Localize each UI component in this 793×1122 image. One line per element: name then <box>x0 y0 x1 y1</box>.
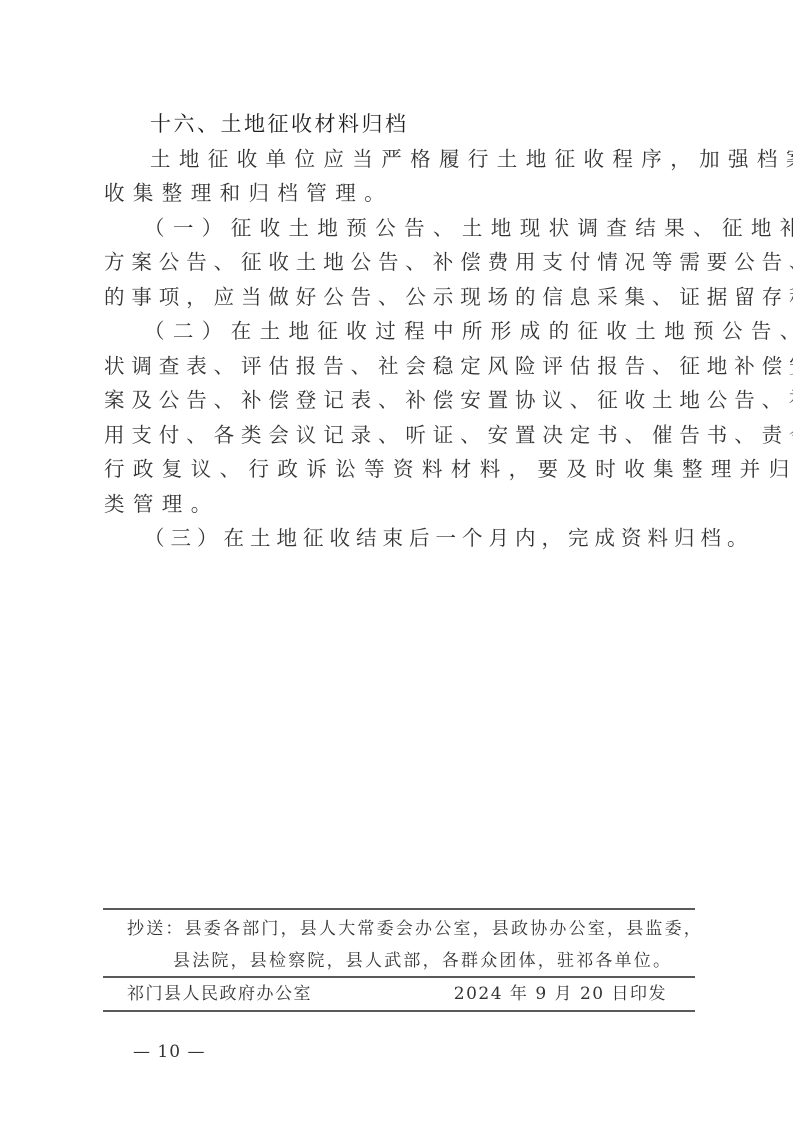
cc-list-line-1: 抄送：县委各部门，县人大常委会办公室，县政协办公室，县监委， <box>127 914 703 944</box>
item1-line-2: 方案公告、征收土地公告、补偿费用支付情况等需要公告、公示 <box>104 245 696 280</box>
footer-rule-top <box>103 908 695 910</box>
item1-line-1: （一）征收土地预公告、土地现状调查结果、征地补偿安置 <box>104 211 696 246</box>
item2-line-1: （二）在土地征收过程中所形成的征收土地预公告、土地现 <box>104 314 696 349</box>
item3-line-1: （三）在土地征收结束后一个月内，完成资料归档。 <box>104 521 696 556</box>
cc-list-line-2: 县法院，县检察院，县人武部，各群众团体，驻祁各单位。 <box>173 946 672 976</box>
page-number: — 10 — <box>133 1042 205 1062</box>
item2-line-6: 类管理。 <box>104 487 696 522</box>
issue-date: 2024 年 9 月 20 日印发 <box>454 979 667 1009</box>
item2-line-2: 状调查表、评估报告、社会稳定风险评估报告、征地补偿安置方 <box>104 349 696 384</box>
footer-rule-bottom <box>103 1010 695 1012</box>
item1-line-3: 的事项，应当做好公告、公示现场的信息采集、证据留存和归档。 <box>104 280 696 315</box>
item2-line-5: 行政复议、行政诉讼等资料材料，要及时收集整理并归档分 <box>104 452 696 487</box>
document-page: 十六、土地征收材料归档 土地征收单位应当严格履行土地征收程序，加强档案资料的 收… <box>0 0 793 1122</box>
issuing-office: 祁门县人民政府办公室 <box>127 979 312 1009</box>
intro-line-2: 收集整理和归档管理。 <box>104 176 696 211</box>
item2-line-3: 案及公告、补偿登记表、补偿安置协议、征收土地公告、补偿费 <box>104 383 696 418</box>
section-body: 十六、土地征收材料归档 土地征收单位应当严格履行土地征收程序，加强档案资料的 收… <box>104 107 696 556</box>
item2-line-4: 用支付、各类会议记录、听证、安置决定书、催告书、责令书、 <box>104 418 696 453</box>
intro-line-1: 土地征收单位应当严格履行土地征收程序，加强档案资料的 <box>104 142 696 177</box>
footer-rule-middle <box>103 976 695 978</box>
section-heading: 十六、土地征收材料归档 <box>104 107 696 142</box>
